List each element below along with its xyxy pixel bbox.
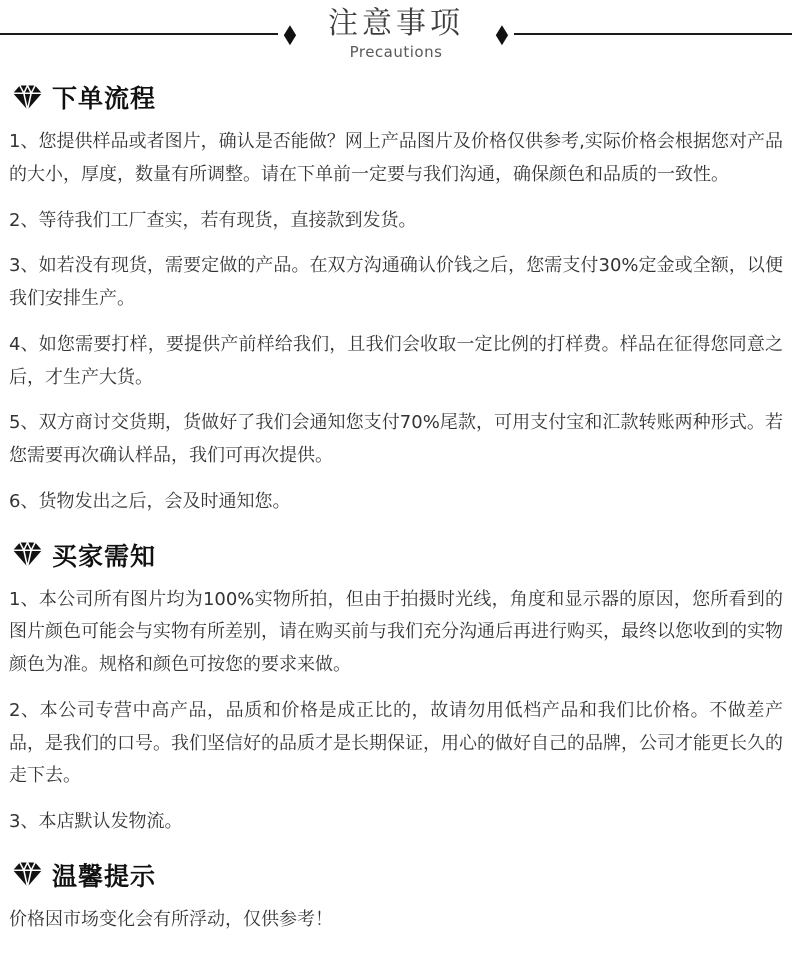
section-buyer-notice: 买家需知 1、本公司所有图片均为100%实物所拍，但由于拍摄时光线，角度和显示器… — [9, 537, 783, 839]
diamond-gem-icon — [12, 84, 43, 111]
list-item: 3、本店默认发物流。 — [9, 806, 783, 839]
section-heading-label: 温馨提示 — [52, 857, 156, 893]
list-item: 2、等待我们工厂查实，若有现货，直接款到发货。 — [9, 205, 783, 238]
precautions-page: ◆ 注意事项 Precautions ◆ 下单流程 1、您提供样品或者图片，确认… — [0, 0, 792, 963]
diamond-gem-icon — [12, 861, 43, 888]
section-heading: 下单流程 — [12, 79, 783, 115]
list-item: 1、本公司所有图片均为100%实物所拍，但由于拍摄时光线，角度和显示器的原因，您… — [9, 584, 783, 682]
section-heading: 买家需知 — [12, 537, 783, 573]
diamond-bullet-icon: ◆ — [284, 21, 296, 47]
header: ◆ 注意事项 Precautions ◆ — [0, 0, 792, 61]
content: 下单流程 1、您提供样品或者图片，确认是否能做？网上产品图片及价格仅供参考,实际… — [0, 79, 792, 963]
page-subtitle: Precautions — [328, 43, 464, 61]
list-item: 2、本公司专营中高产品，品质和价格是成正比的，故请勿用低档产品和我们比价格。不做… — [9, 695, 783, 793]
diamond-gem-icon — [12, 541, 43, 568]
section-warm-tips: 温馨提示 价格因市场变化会有所浮动，仅供参考！ — [9, 857, 783, 937]
list-item: 4、如您需要打样，要提供产前样给我们，且我们会收取一定比例的打样费。样品在征得您… — [9, 329, 783, 395]
section-order-process: 下单流程 1、您提供样品或者图片，确认是否能做？网上产品图片及价格仅供参考,实际… — [9, 79, 783, 519]
section-heading-label: 下单流程 — [52, 79, 156, 115]
header-rule-left — [0, 33, 278, 35]
list-item: 1、您提供样品或者图片，确认是否能做？网上产品图片及价格仅供参考,实际价格会根据… — [9, 126, 783, 192]
section-heading-label: 买家需知 — [52, 537, 156, 573]
diamond-bullet-icon: ◆ — [496, 21, 508, 47]
header-rule-right — [514, 33, 792, 35]
list-item: 价格因市场变化会有所浮动，仅供参考！ — [9, 904, 783, 937]
list-item: 5、双方商讨交货期，货做好了我们会通知您支付70%尾款，可用支付宝和汇款转账两种… — [9, 407, 783, 473]
list-item: 3、如若没有现货，需要定做的产品。在双方沟通确认价钱之后，您需支付30%定金或全… — [9, 250, 783, 316]
section-heading: 温馨提示 — [12, 857, 783, 893]
header-title-block: 注意事项 Precautions — [302, 6, 490, 61]
list-item: 6、货物发出之后，会及时通知您。 — [9, 486, 783, 519]
page-title: 注意事项 — [328, 6, 464, 42]
